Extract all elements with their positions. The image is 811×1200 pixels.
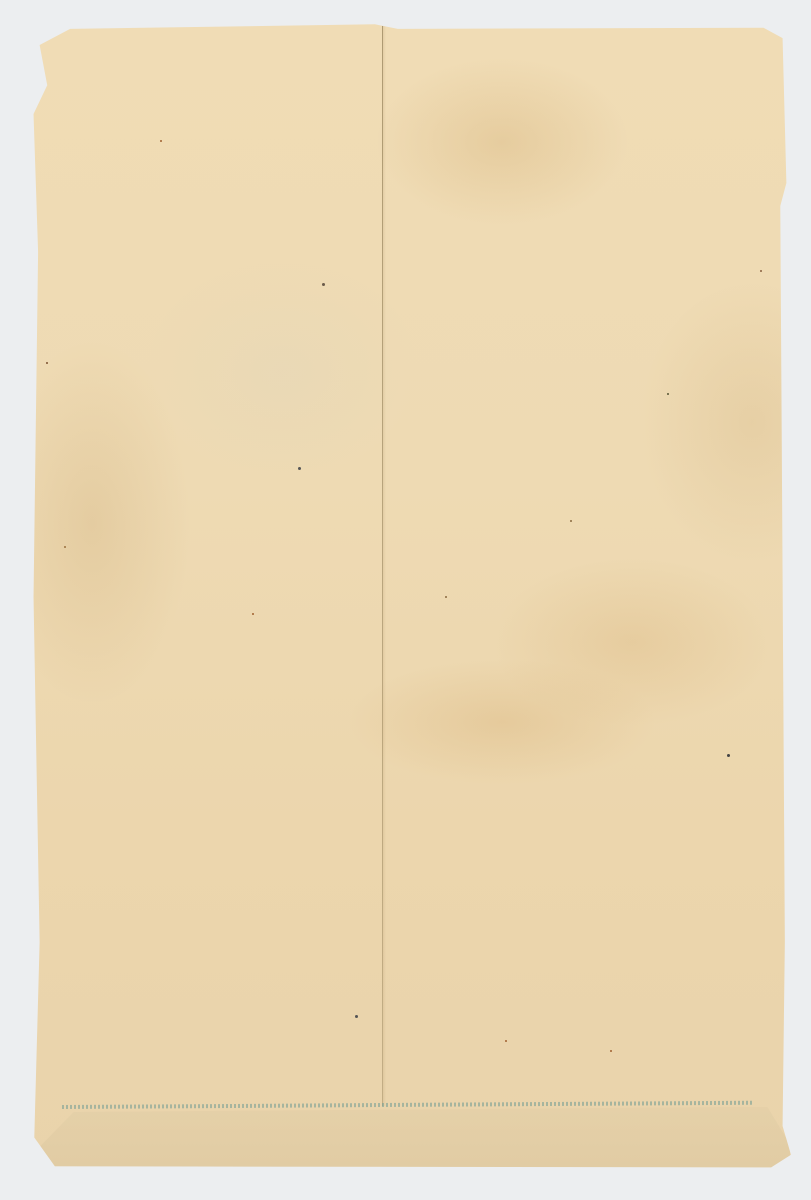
paper-speck xyxy=(46,362,48,364)
paper-speck xyxy=(160,140,162,142)
paper-speck xyxy=(727,754,730,757)
paper-speck xyxy=(64,546,66,548)
paper-speck xyxy=(322,283,325,286)
paper-speck xyxy=(610,1050,612,1052)
paper-speck xyxy=(505,1040,507,1042)
seam-shadow xyxy=(383,26,386,1106)
paper-speck xyxy=(252,613,254,615)
paper-speck xyxy=(760,270,762,272)
envelope-back xyxy=(32,22,794,1172)
paper-speck xyxy=(445,596,447,598)
bottom-flap xyxy=(36,1107,790,1169)
paper-speck xyxy=(355,1015,358,1018)
paper-speck xyxy=(667,393,669,395)
paper-speck xyxy=(570,520,572,522)
paper-speck xyxy=(298,467,301,470)
